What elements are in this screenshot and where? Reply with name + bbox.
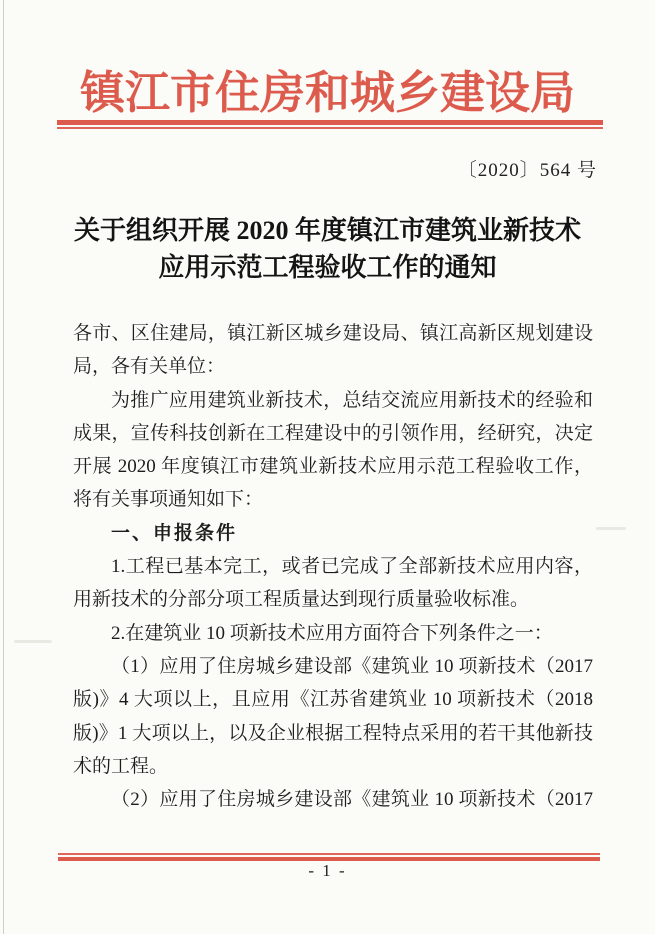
body-line: 局，各有关单位： <box>73 350 593 383</box>
scan-noise <box>596 527 626 530</box>
body-line: 开展 2020 年度镇江市建筑业新技术应用示范工程验收工作，现 <box>73 450 593 483</box>
document-number: 〔2020〕564 号 <box>458 155 597 182</box>
document-title-line1: 关于组织开展 2020 年度镇江市建筑业新技术 <box>0 212 655 249</box>
body-line: （1）应用了住房城乡建设部《建筑业 10 项新技术（2017 <box>73 650 593 683</box>
body-line: 为推广应用建筑业新技术，总结交流应用新技术的经验和 <box>73 384 593 417</box>
document-title-line2: 应用示范工程验收工作的通知 <box>0 249 655 286</box>
body-line: 版)》4 大项以上，且应用《江苏省建筑业 10 项新技术（2018 <box>73 683 593 716</box>
header-red-rule <box>57 120 603 129</box>
header-rule-thin-line <box>57 127 603 129</box>
page-number: - 1 - <box>0 861 655 881</box>
body-line: 一、申报条件 <box>73 517 593 550</box>
body-line: 1.工程已基本完工，或者已完成了全部新技术应用内容，应 <box>73 550 593 583</box>
document-title: 关于组织开展 2020 年度镇江市建筑业新技术 应用示范工程验收工作的通知 <box>0 212 655 286</box>
body-line: （2）应用了住房城乡建设部《建筑业 10 项新技术（2017 <box>73 783 593 816</box>
body-line: 术的工程。 <box>73 750 593 783</box>
body-line: 2.在建筑业 10 项新技术应用方面符合下列条件之一： <box>73 617 593 650</box>
footer-red-rule <box>58 853 600 861</box>
agency-name-header: 镇江市住房和城乡建设局 <box>0 56 655 121</box>
body-line: 将有关事项通知如下： <box>73 483 593 516</box>
scanned-document-page: 镇江市住房和城乡建设局 〔2020〕564 号 关于组织开展 2020 年度镇江… <box>0 0 655 934</box>
body-line: 各市、区住建局，镇江新区城乡建设局、镇江高新区规划建设 <box>73 317 593 350</box>
body-line: 版)》1 大项以上，以及企业根据工程特点采用的若干其他新技 <box>73 717 593 750</box>
body-line: 用新技术的分部分项工程质量达到现行质量验收标准。 <box>73 583 593 616</box>
scan-edge-line <box>3 0 4 934</box>
body-line: 成果，宣传科技创新在工程建设中的引领作用，经研究，决定 <box>73 417 593 450</box>
scan-noise <box>14 640 52 643</box>
document-body: 各市、区住建局，镇江新区城乡建设局、镇江高新区规划建设局，各有关单位：为推广应用… <box>73 317 593 816</box>
